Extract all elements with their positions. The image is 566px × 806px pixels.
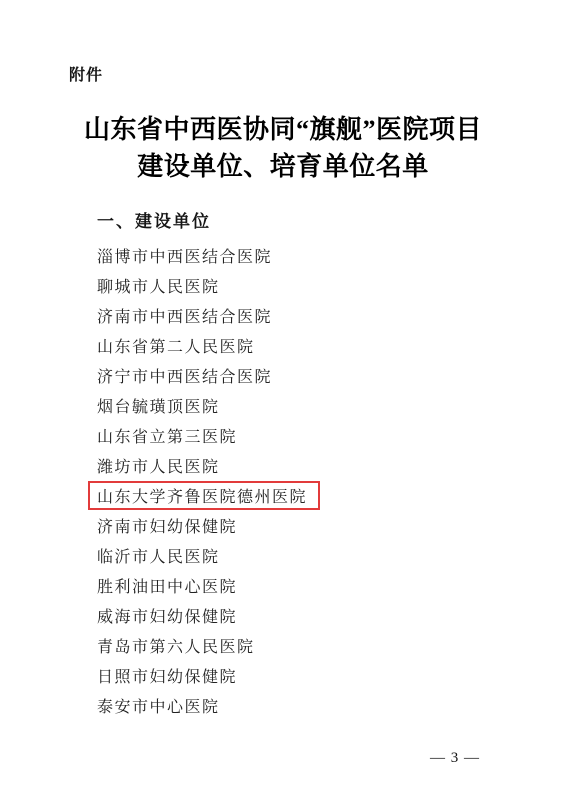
- list-item: 山东省第二人民医院: [97, 330, 320, 360]
- title-line-1: 山东省中西医协同“旗舰”医院项目: [0, 111, 566, 148]
- document-body: 一、建设单位 淄博市中西医结合医院聊城市人民医院济南市中西医结合医院山东省第二人…: [97, 206, 320, 720]
- list-item: 济南市妇幼保健院: [97, 510, 320, 540]
- hospital-name: 淄博市中西医结合医院: [97, 244, 272, 267]
- list-item: 济宁市中西医结合医院: [97, 360, 320, 390]
- list-item: 潍坊市人民医院: [97, 450, 320, 480]
- attachment-label: 附件: [69, 62, 103, 85]
- hospital-name: 青岛市第六人民医院: [97, 634, 255, 657]
- list-item: 济南市中西医结合医院: [97, 300, 320, 330]
- title-line-2: 建设单位、培育单位名单: [0, 148, 566, 185]
- section-heading: 一、建设单位: [97, 206, 320, 238]
- hospital-name: 山东省立第三医院: [97, 424, 237, 447]
- hospital-name: 泰安市中心医院: [97, 694, 220, 717]
- list-item: 威海市妇幼保健院: [97, 600, 320, 630]
- highlighted-hospital-name: 山东大学齐鲁医院德州医院: [88, 481, 320, 510]
- hospital-name: 山东省第二人民医院: [97, 334, 255, 357]
- hospital-name: 日照市妇幼保健院: [97, 664, 237, 687]
- hospital-name: 济南市中西医结合医院: [97, 304, 272, 327]
- hospital-name: 潍坊市人民医院: [97, 454, 220, 477]
- hospital-name: 济南市妇幼保健院: [97, 514, 237, 537]
- hospital-name: 胜利油田中心医院: [97, 574, 237, 597]
- list-item: 聊城市人民医院: [97, 270, 320, 300]
- document-title: 山东省中西医协同“旗舰”医院项目 建设单位、培育单位名单: [0, 111, 566, 185]
- list-item: 山东大学齐鲁医院德州医院: [97, 480, 320, 510]
- page-number: — 3 —: [430, 750, 480, 767]
- hospital-name: 临沂市人民医院: [97, 544, 220, 567]
- list-item: 泰安市中心医院: [97, 690, 320, 720]
- hospital-name: 烟台毓璜顶医院: [97, 394, 220, 417]
- list-item: 淄博市中西医结合医院: [97, 240, 320, 270]
- list-item: 山东省立第三医院: [97, 420, 320, 450]
- list-item: 日照市妇幼保健院: [97, 660, 320, 690]
- hospital-name: 威海市妇幼保健院: [97, 604, 237, 627]
- list-item: 烟台毓璜顶医院: [97, 390, 320, 420]
- list-item: 胜利油田中心医院: [97, 570, 320, 600]
- list-item: 临沂市人民医院: [97, 540, 320, 570]
- list-item: 青岛市第六人民医院: [97, 630, 320, 660]
- hospital-name: 聊城市人民医院: [97, 274, 220, 297]
- hospital-name: 济宁市中西医结合医院: [97, 364, 272, 387]
- hospital-list: 淄博市中西医结合医院聊城市人民医院济南市中西医结合医院山东省第二人民医院济宁市中…: [97, 240, 320, 720]
- document-page: 附件 山东省中西医协同“旗舰”医院项目 建设单位、培育单位名单 一、建设单位 淄…: [0, 0, 566, 806]
